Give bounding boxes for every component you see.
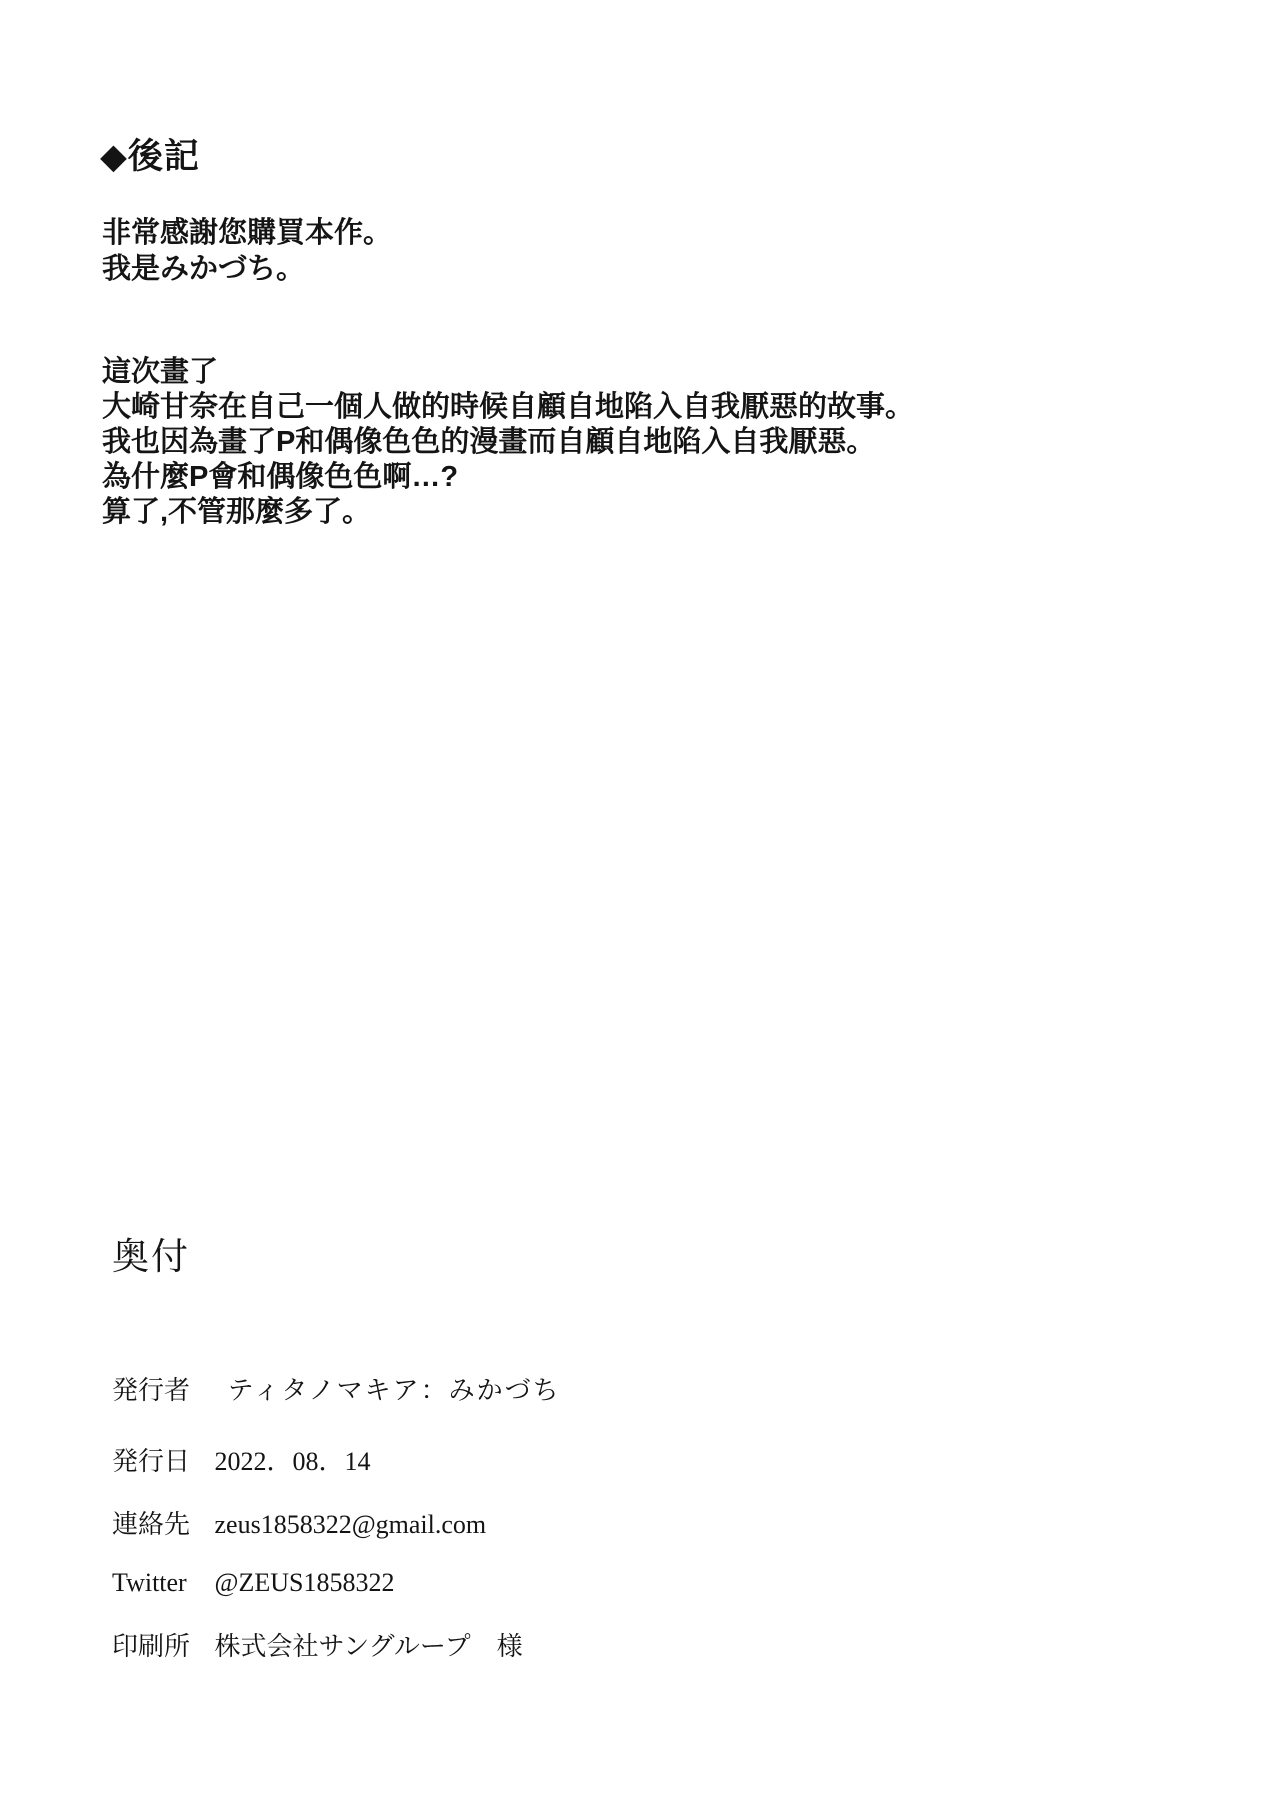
document-page: ◆後記 非常感謝您購買本作。 我是みかづち。 這次畫了 大崎甘奈在自己一個人做的…: [0, 0, 1280, 1805]
publisher-label: 発行者: [112, 1370, 208, 1407]
twitter-handle-value: @ZEUS1858322: [215, 1568, 395, 1598]
publish-date-label: 発行日: [112, 1441, 208, 1478]
afterword-body: 這次畫了 大崎甘奈在自己一個人做的時候自顧自地陷入自我厭惡的故事。 我也因為畫了…: [102, 355, 914, 530]
publisher-value: ティタノマキア：みかづち: [228, 1370, 561, 1407]
publish-date-value: 2022．08．14: [215, 1441, 371, 1478]
colophon-row-twitter: Twitter @ZEUS1858322: [112, 1568, 394, 1598]
colophon-row-printer: 印刷所 株式会社サングループ 様: [112, 1626, 523, 1663]
afterword-body-line: 我也因為畫了P和偶像色色的漫畫而自顧自地陷入自我厭惡。: [102, 425, 914, 460]
afterword-body-line: 這次畫了: [102, 355, 914, 390]
colophon-heading: 奥付: [112, 1226, 190, 1280]
twitter-label: Twitter: [112, 1568, 208, 1598]
contact-email-value: zeus1858322@gmail.com: [215, 1510, 487, 1540]
afterword-intro-line: 非常感謝您購買本作。: [102, 215, 392, 251]
afterword-intro: 非常感謝您購買本作。 我是みかづち。: [102, 215, 392, 287]
afterword-intro-line: 我是みかづち。: [102, 251, 392, 287]
contact-label: 連絡先: [112, 1504, 208, 1541]
afterword-body-line: 為什麼P會和偶像色色啊…?: [102, 460, 914, 495]
printer-value: 株式会社サングループ 様: [215, 1626, 523, 1663]
afterword-body-line: 算了,不管那麼多了。: [102, 495, 914, 530]
afterword-body-line: 大崎甘奈在自己一個人做的時候自顧自地陷入自我厭惡的故事。: [102, 390, 914, 425]
printer-label: 印刷所: [112, 1626, 208, 1663]
colophon-row-date: 発行日 2022．08．14: [112, 1441, 371, 1478]
colophon-row-publisher: 発行者 ティタノマキア：みかづち: [112, 1370, 561, 1407]
afterword-heading: ◆後記: [100, 136, 200, 178]
colophon-row-contact: 連絡先 zeus1858322@gmail.com: [112, 1504, 486, 1541]
